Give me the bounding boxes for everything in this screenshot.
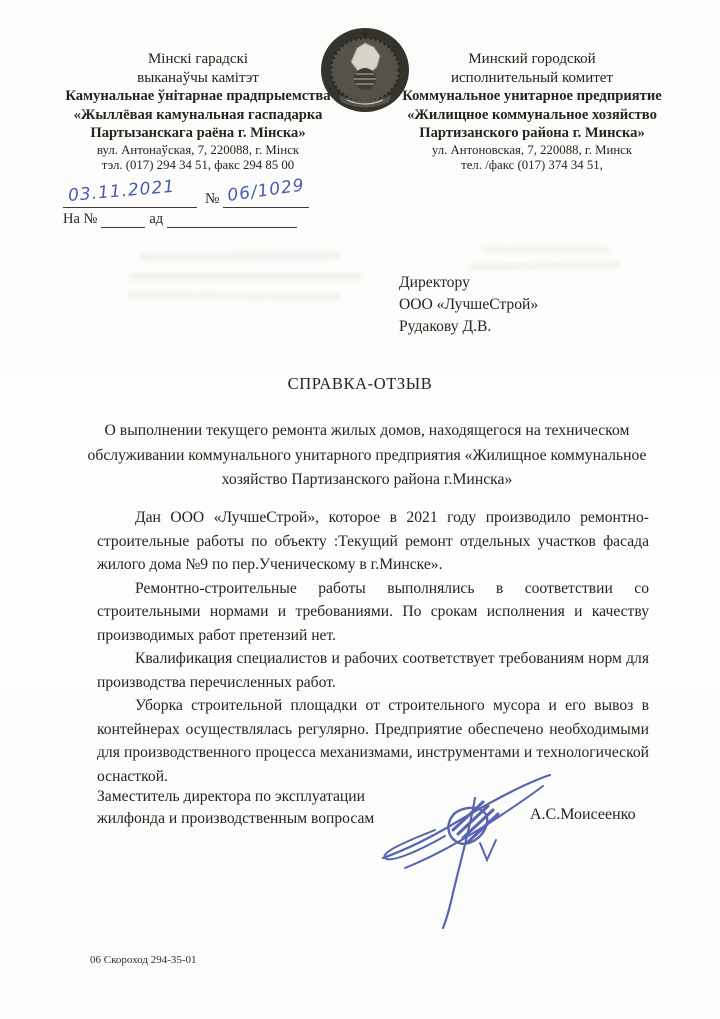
recipient-block: Директору ООО «ЛучшеСтрой» Рудакову Д.В. bbox=[399, 272, 538, 338]
print-order-footer: 06 Скороход 294-35-01 bbox=[90, 954, 197, 966]
number-line: 06/1029 bbox=[223, 177, 309, 208]
handwritten-signature bbox=[375, 768, 560, 933]
signer-position: Заместитель директора по эксплуатации жи… bbox=[97, 786, 374, 830]
ink-bleed-artifact bbox=[129, 273, 361, 280]
reply-reference-row: На №ад bbox=[63, 211, 309, 228]
document-page: Мінскі гарадскі выканаўчы камітэт Камуна… bbox=[0, 0, 720, 1019]
letterhead-belarusian: Мінскі гарадскі выканаўчы камітэт Камуна… bbox=[46, 50, 350, 174]
letterhead-address: ул. Антоновская, 7, 220088, г. Минск bbox=[380, 143, 684, 159]
letterhead-address: вул. Антонаўская, 7, 220088, г. Мінск bbox=[46, 143, 350, 159]
letterhead-russian: Минский городской исполнительный комитет… bbox=[380, 50, 684, 174]
ink-bleed-artifact bbox=[469, 262, 619, 270]
letterhead-line: исполнительный комитет bbox=[380, 69, 684, 88]
number-sign: № bbox=[205, 191, 219, 208]
reference-block: 03.11.2021№06/1029 На №ад bbox=[63, 177, 309, 228]
blank-line bbox=[167, 212, 297, 228]
handwritten-date: 03.11.2021 bbox=[67, 177, 176, 206]
letterhead-org-name: «Жилищное коммунальное хозяйство bbox=[380, 106, 684, 125]
ink-bleed-artifact bbox=[140, 252, 340, 261]
letterhead-phone: тел. /факс (017) 374 34 51, bbox=[380, 158, 684, 174]
letterhead-org-name: «Жыллёвая камунальная гаспадарка bbox=[46, 106, 350, 125]
letterhead-org-name: Партизанского района г. Минска» bbox=[380, 124, 684, 143]
handwritten-number: 06/1029 bbox=[227, 175, 307, 206]
outgoing-number-row: 03.11.2021№06/1029 bbox=[63, 177, 309, 207]
letterhead-line: выканаўчы камітэт bbox=[46, 69, 350, 88]
ink-bleed-artifact bbox=[127, 292, 341, 300]
recipient-company: ООО «ЛучшеСтрой» bbox=[399, 294, 538, 316]
letterhead-org-name: Партызанскага раёна г. Мінска» bbox=[46, 124, 350, 143]
letterhead-line: Минский городской bbox=[380, 50, 684, 69]
signer-position-line: жилфонда и производственным вопросам bbox=[97, 808, 374, 830]
letterhead-org-name: Коммунальное унитарное предприятие bbox=[380, 87, 684, 106]
document-body: Дан ООО «ЛучшеСтрой», которое в 2021 год… bbox=[97, 506, 649, 788]
body-paragraph: Уборка строительной площадки от строител… bbox=[97, 694, 649, 788]
ink-bleed-artifact bbox=[482, 247, 610, 253]
document-subject: О выполнении текущего ремонта жилых домо… bbox=[84, 419, 650, 493]
document-title: СПРАВКА-ОТЗЫВ bbox=[0, 374, 720, 394]
reply-label: На № bbox=[63, 211, 97, 227]
body-paragraph: Ремонтно-строительные работы выполнялись… bbox=[97, 577, 649, 648]
signer-name: А.С.Моисеенко bbox=[530, 806, 636, 824]
blank-line bbox=[101, 212, 145, 228]
recipient-name: Рудакову Д.В. bbox=[399, 316, 538, 338]
recipient-title: Директору bbox=[399, 272, 538, 294]
letterhead-org-name: Камунальнае ўнітарнае прадпрыемства bbox=[46, 87, 350, 106]
letterhead-phone: тэл. (017) 294 34 51, факс 294 85 00 bbox=[46, 158, 350, 174]
letterhead-line: Мінскі гарадскі bbox=[46, 50, 350, 69]
signer-position-line: Заместитель директора по эксплуатации bbox=[97, 786, 374, 808]
reply-connector: ад bbox=[149, 211, 163, 227]
body-paragraph: Квалификация специалистов и рабочих соот… bbox=[97, 647, 649, 694]
body-paragraph: Дан ООО «ЛучшеСтрой», которое в 2021 год… bbox=[97, 506, 649, 577]
date-line: 03.11.2021 bbox=[63, 177, 197, 208]
